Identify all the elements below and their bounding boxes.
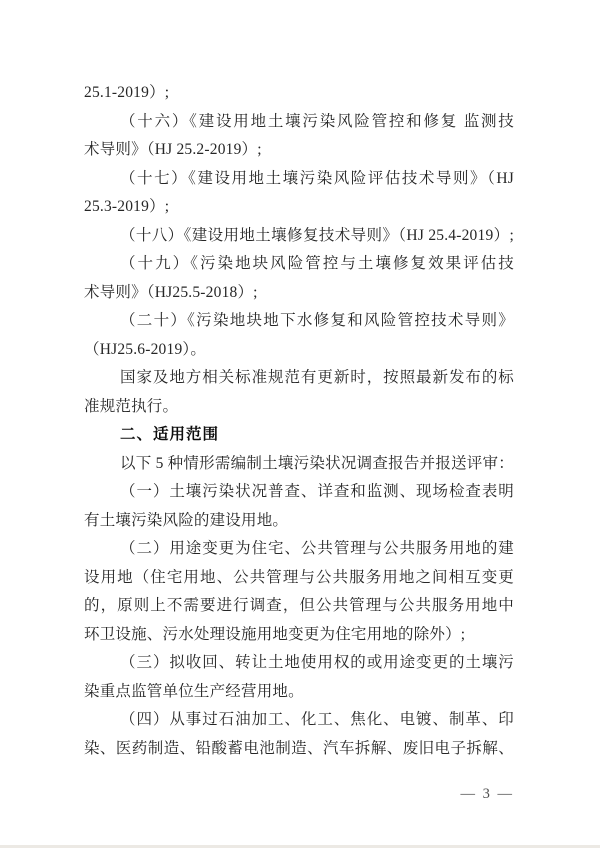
text-line: 以下 5 种情形需编制土壤污染状况调查报告并报送评审： bbox=[84, 450, 514, 479]
text-line: 国家及地方相关标准规范有更新时，按照最新发布的标 bbox=[84, 364, 514, 393]
text-line: 准规范执行。 bbox=[84, 393, 514, 422]
text-line: （三）拟收回、转让土地使用权的或用途变更的土壤污 bbox=[84, 649, 514, 678]
text-line: （一）土壤污染状况普查、详查和监测、现场检查表明 bbox=[84, 478, 514, 507]
section-heading: 二、适用范围 bbox=[84, 421, 514, 450]
text-line: 术导则》（HJ25.5-2018）; bbox=[84, 279, 514, 308]
text-line: （二）用途变更为住宅、公共管理与公共服务用地的建 bbox=[84, 535, 514, 564]
document-body: 25.1-2019）; （十六）《建设用地土壤污染风险管控和修复 监测技 术导则… bbox=[84, 79, 514, 763]
text-line: （四）从事过石油加工、化工、焦化、电镀、制革、印 bbox=[84, 706, 514, 735]
text-line: （HJ25.6-2019）。 bbox=[84, 336, 514, 365]
text-line: 术导则》（HJ 25.2-2019）; bbox=[84, 136, 514, 165]
document-page: 25.1-2019）; （十六）《建设用地土壤污染风险管控和修复 监测技 术导则… bbox=[0, 0, 600, 848]
text-line: （十八）《建设用地土壤修复技术导则》（HJ 25.4-2019）; bbox=[84, 222, 514, 251]
text-line: 25.3-2019）; bbox=[84, 193, 514, 222]
text-line: 设用地（住宅用地、公共管理与公共服务用地之间相互变更 bbox=[84, 564, 514, 593]
text-line: 染、医药制造、铅酸蓄电池制造、汽车拆解、废旧电子拆解、 bbox=[84, 735, 514, 764]
text-line: 的，原则上不需要进行调查，但公共管理与公共服务用地中 bbox=[84, 592, 514, 621]
text-line: （十六）《建设用地土壤污染风险管控和修复 监测技 bbox=[84, 108, 514, 137]
text-line: 25.1-2019）; bbox=[84, 79, 514, 108]
text-line: 有土壤污染风险的建设用地。 bbox=[84, 507, 514, 536]
text-line: 环卫设施、污水处理设施用地变更为住宅用地的除外）; bbox=[84, 621, 514, 650]
text-line: （二十）《污染地块地下水修复和风险管控技术导则》 bbox=[84, 307, 514, 336]
text-line: （十九）《污染地块风险管控与土壤修复效果评估技 bbox=[84, 250, 514, 279]
page-number: — 3 — bbox=[461, 786, 515, 803]
text-line: （十七）《建设用地土壤污染风险评估技术导则》（HJ bbox=[84, 165, 514, 194]
text-line: 染重点监管单位生产经营用地。 bbox=[84, 678, 514, 707]
